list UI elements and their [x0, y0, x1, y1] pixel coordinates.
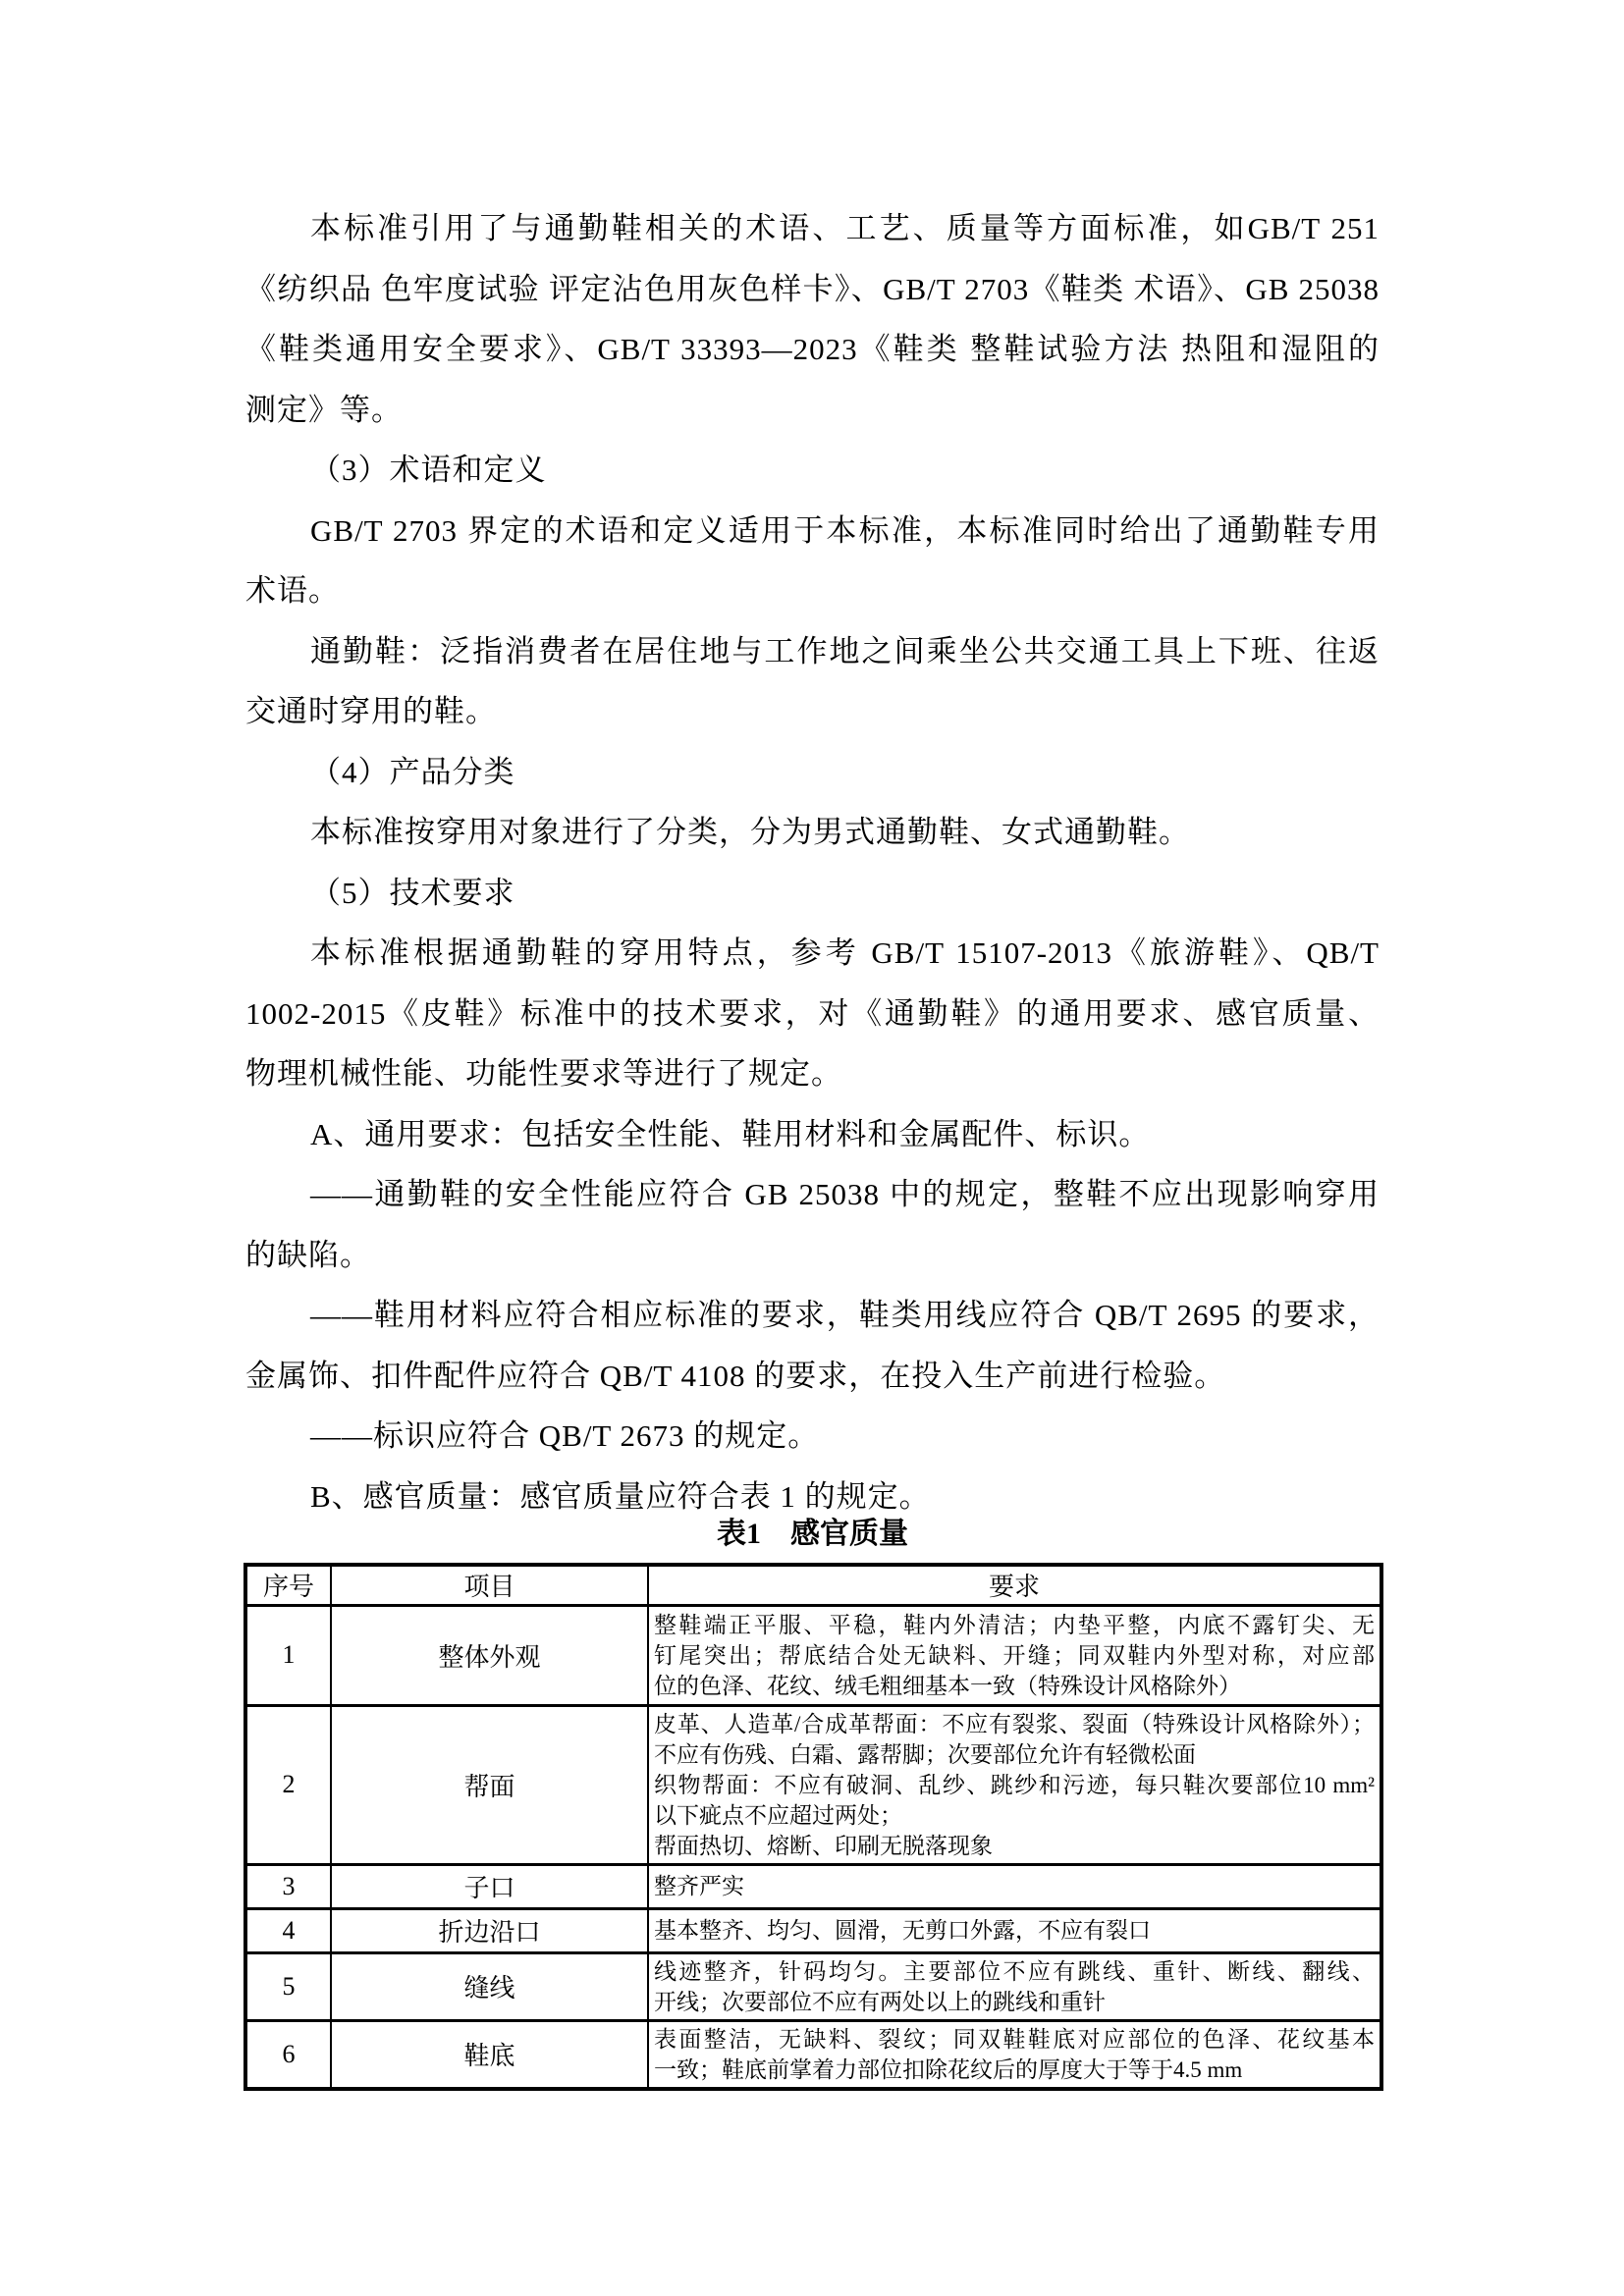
item-cell: 折边沿口	[331, 1908, 648, 1952]
table-row: 5 缝线 线迹整齐，针码均匀。主要部位不应有跳线、重针、断线、翻线、 开线；次要…	[245, 1952, 1381, 2020]
requirement-cell: 皮革、人造革/合成革帮面：不应有裂浆、裂面（特殊设计风格除外）； 不应有伤残、白…	[648, 1705, 1381, 1864]
text-line: A、通用要求：包括安全性能、鞋用材料和金属配件、标识。	[245, 1104, 1380, 1165]
row-number-cell: 6	[245, 2020, 331, 2089]
requirement-line: 线迹整齐，针码均匀。主要部位不应有跳线、重针、断线、翻线、	[654, 1956, 1375, 1987]
text-line: 通勤鞋：泛指消费者在居住地与工作地之间乘坐公共交通工具上下班、往返	[245, 621, 1380, 682]
requirement-line: 帮面热切、熔断、印刷无脱落现象	[654, 1831, 1375, 1861]
item-cell: 整体外观	[331, 1605, 648, 1705]
requirement-cell: 基本整齐、均匀、圆滑，无剪口外露，不应有裂口	[648, 1908, 1381, 1952]
text-line: 测定》等。	[245, 380, 1380, 441]
row-number-cell: 3	[245, 1864, 331, 1908]
item-cell: 帮面	[331, 1705, 648, 1864]
requirement-line: 表面整洁，无缺料、裂纹；同双鞋鞋底对应部位的色泽、花纹基本	[654, 2024, 1375, 2055]
text-line: 金属饰、扣件配件应符合 QB/T 4108 的要求，在投入生产前进行检验。	[245, 1346, 1380, 1407]
text-line: 《纺织品 色牢度试验 评定沾色用灰色样卡》、GB/T 2703《鞋类 术语》、G…	[245, 259, 1380, 320]
row-number-cell: 2	[245, 1705, 331, 1864]
table-row: 6 鞋底 表面整洁，无缺料、裂纹；同双鞋鞋底对应部位的色泽、花纹基本 一致；鞋底…	[245, 2020, 1381, 2089]
text-line: ——鞋用材料应符合相应标准的要求，鞋类用线应符合 QB/T 2695 的要求，	[245, 1285, 1380, 1346]
text-line: 本标准按穿用对象进行了分类，分为男式通勤鞋、女式通勤鞋。	[245, 802, 1380, 863]
row-number-cell: 4	[245, 1908, 331, 1952]
header-serial-number: 序号	[245, 1565, 331, 1605]
text-line: 交通时穿用的鞋。	[245, 681, 1380, 742]
requirement-line: 皮革、人造革/合成革帮面：不应有裂浆、裂面（特殊设计风格除外）；	[654, 1709, 1375, 1739]
text-line: 本标准根据通勤鞋的穿用特点，参考 GB/T 15107-2013《旅游鞋》、QB…	[245, 923, 1380, 984]
requirement-cell: 线迹整齐，针码均匀。主要部位不应有跳线、重针、断线、翻线、 开线；次要部位不应有…	[648, 1952, 1381, 2020]
item-cell: 缝线	[331, 1952, 648, 2020]
table-row: 1 整体外观 整鞋端正平服、平稳，鞋内外清洁；内垫平整，内底不露钉尖、无 钉尾突…	[245, 1605, 1381, 1705]
table-row: 2 帮面 皮革、人造革/合成革帮面：不应有裂浆、裂面（特殊设计风格除外）； 不应…	[245, 1705, 1381, 1864]
requirement-cell: 整齐严实	[648, 1864, 1381, 1908]
row-number-cell: 1	[245, 1605, 331, 1705]
requirement-line: 整鞋端正平服、平稳，鞋内外清洁；内垫平整，内底不露钉尖、无	[654, 1610, 1375, 1640]
requirement-cell: 整鞋端正平服、平稳，鞋内外清洁；内垫平整，内底不露钉尖、无 钉尾突出；帮底结合处…	[648, 1605, 1381, 1705]
requirement-line: 开线；次要部位不应有两处以上的跳线和重针	[654, 1987, 1375, 2017]
text-line: 《鞋类通用安全要求》、GB/T 33393—2023《鞋类 整鞋试验方法 热阻和…	[245, 319, 1380, 380]
text-line: 1002-2015《皮鞋》标准中的技术要求，对《通勤鞋》的通用要求、感官质量、	[245, 984, 1380, 1044]
text-line: ——标识应符合 QB/T 2673 的规定。	[245, 1406, 1380, 1467]
requirement-line: 位的色泽、花纹、绒毛粗细基本一致（特殊设计风格除外）	[654, 1671, 1375, 1701]
text-line: 的缺陷。	[245, 1225, 1380, 1286]
requirement-line: 整齐严实	[654, 1871, 1375, 1901]
section-heading: （4）产品分类	[245, 742, 1380, 803]
text-line: 术语。	[245, 561, 1380, 621]
table-title: 表1 感官质量	[245, 1515, 1380, 1554]
item-cell: 鞋底	[331, 2020, 648, 2089]
text-line: ——通勤鞋的安全性能应符合 GB 25038 中的规定，整鞋不应出现影响穿用	[245, 1164, 1380, 1225]
text-line: 物理机械性能、功能性要求等进行了规定。	[245, 1043, 1380, 1104]
requirement-line: 钉尾突出；帮底结合处无缺料、开缝；同双鞋内外型对称，对应部	[654, 1640, 1375, 1671]
section-heading: （3）术语和定义	[245, 440, 1380, 501]
requirement-line: 以下疵点不应超过两处；	[654, 1800, 1375, 1831]
text-line: 本标准引用了与通勤鞋相关的术语、工艺、质量等方面标准，如GB/T 251	[245, 198, 1380, 259]
table-row: 4 折边沿口 基本整齐、均匀、圆滑，无剪口外露，不应有裂口	[245, 1908, 1381, 1952]
requirement-line: 织物帮面：不应有破洞、乱纱、跳纱和污迹，每只鞋次要部位10 mm²	[654, 1770, 1375, 1800]
header-requirement: 要求	[648, 1565, 1381, 1605]
requirement-cell: 表面整洁，无缺料、裂纹；同双鞋鞋底对应部位的色泽、花纹基本 一致；鞋底前掌着力部…	[648, 2020, 1381, 2089]
body-text: 本标准引用了与通勤鞋相关的术语、工艺、质量等方面标准，如GB/T 251 《纺织…	[245, 198, 1380, 1526]
section-heading: （5）技术要求	[245, 863, 1380, 924]
header-item: 项目	[331, 1565, 648, 1605]
requirement-line: 基本整齐、均匀、圆滑，无剪口外露，不应有裂口	[654, 1915, 1375, 1946]
text-line: GB/T 2703 界定的术语和定义适用于本标准，本标准同时给出了通勤鞋专用	[245, 501, 1380, 561]
table-header-row: 序号 项目 要求	[245, 1565, 1381, 1605]
item-cell: 子口	[331, 1864, 648, 1908]
table-row: 3 子口 整齐严实	[245, 1864, 1381, 1908]
sensory-quality-table: 序号 项目 要求 1 整体外观 整鞋端正平服、平稳，鞋内外清洁；内垫平整，内底不…	[244, 1563, 1383, 2091]
requirement-line: 不应有伤残、白霜、露帮脚；次要部位允许有轻微松面	[654, 1739, 1375, 1770]
row-number-cell: 5	[245, 1952, 331, 2020]
requirement-line: 一致；鞋底前掌着力部位扣除花纹后的厚度大于等于4.5 mm	[654, 2055, 1375, 2085]
document-page: 本标准引用了与通勤鞋相关的术语、工艺、质量等方面标准，如GB/T 251 《纺织…	[0, 0, 1624, 2296]
